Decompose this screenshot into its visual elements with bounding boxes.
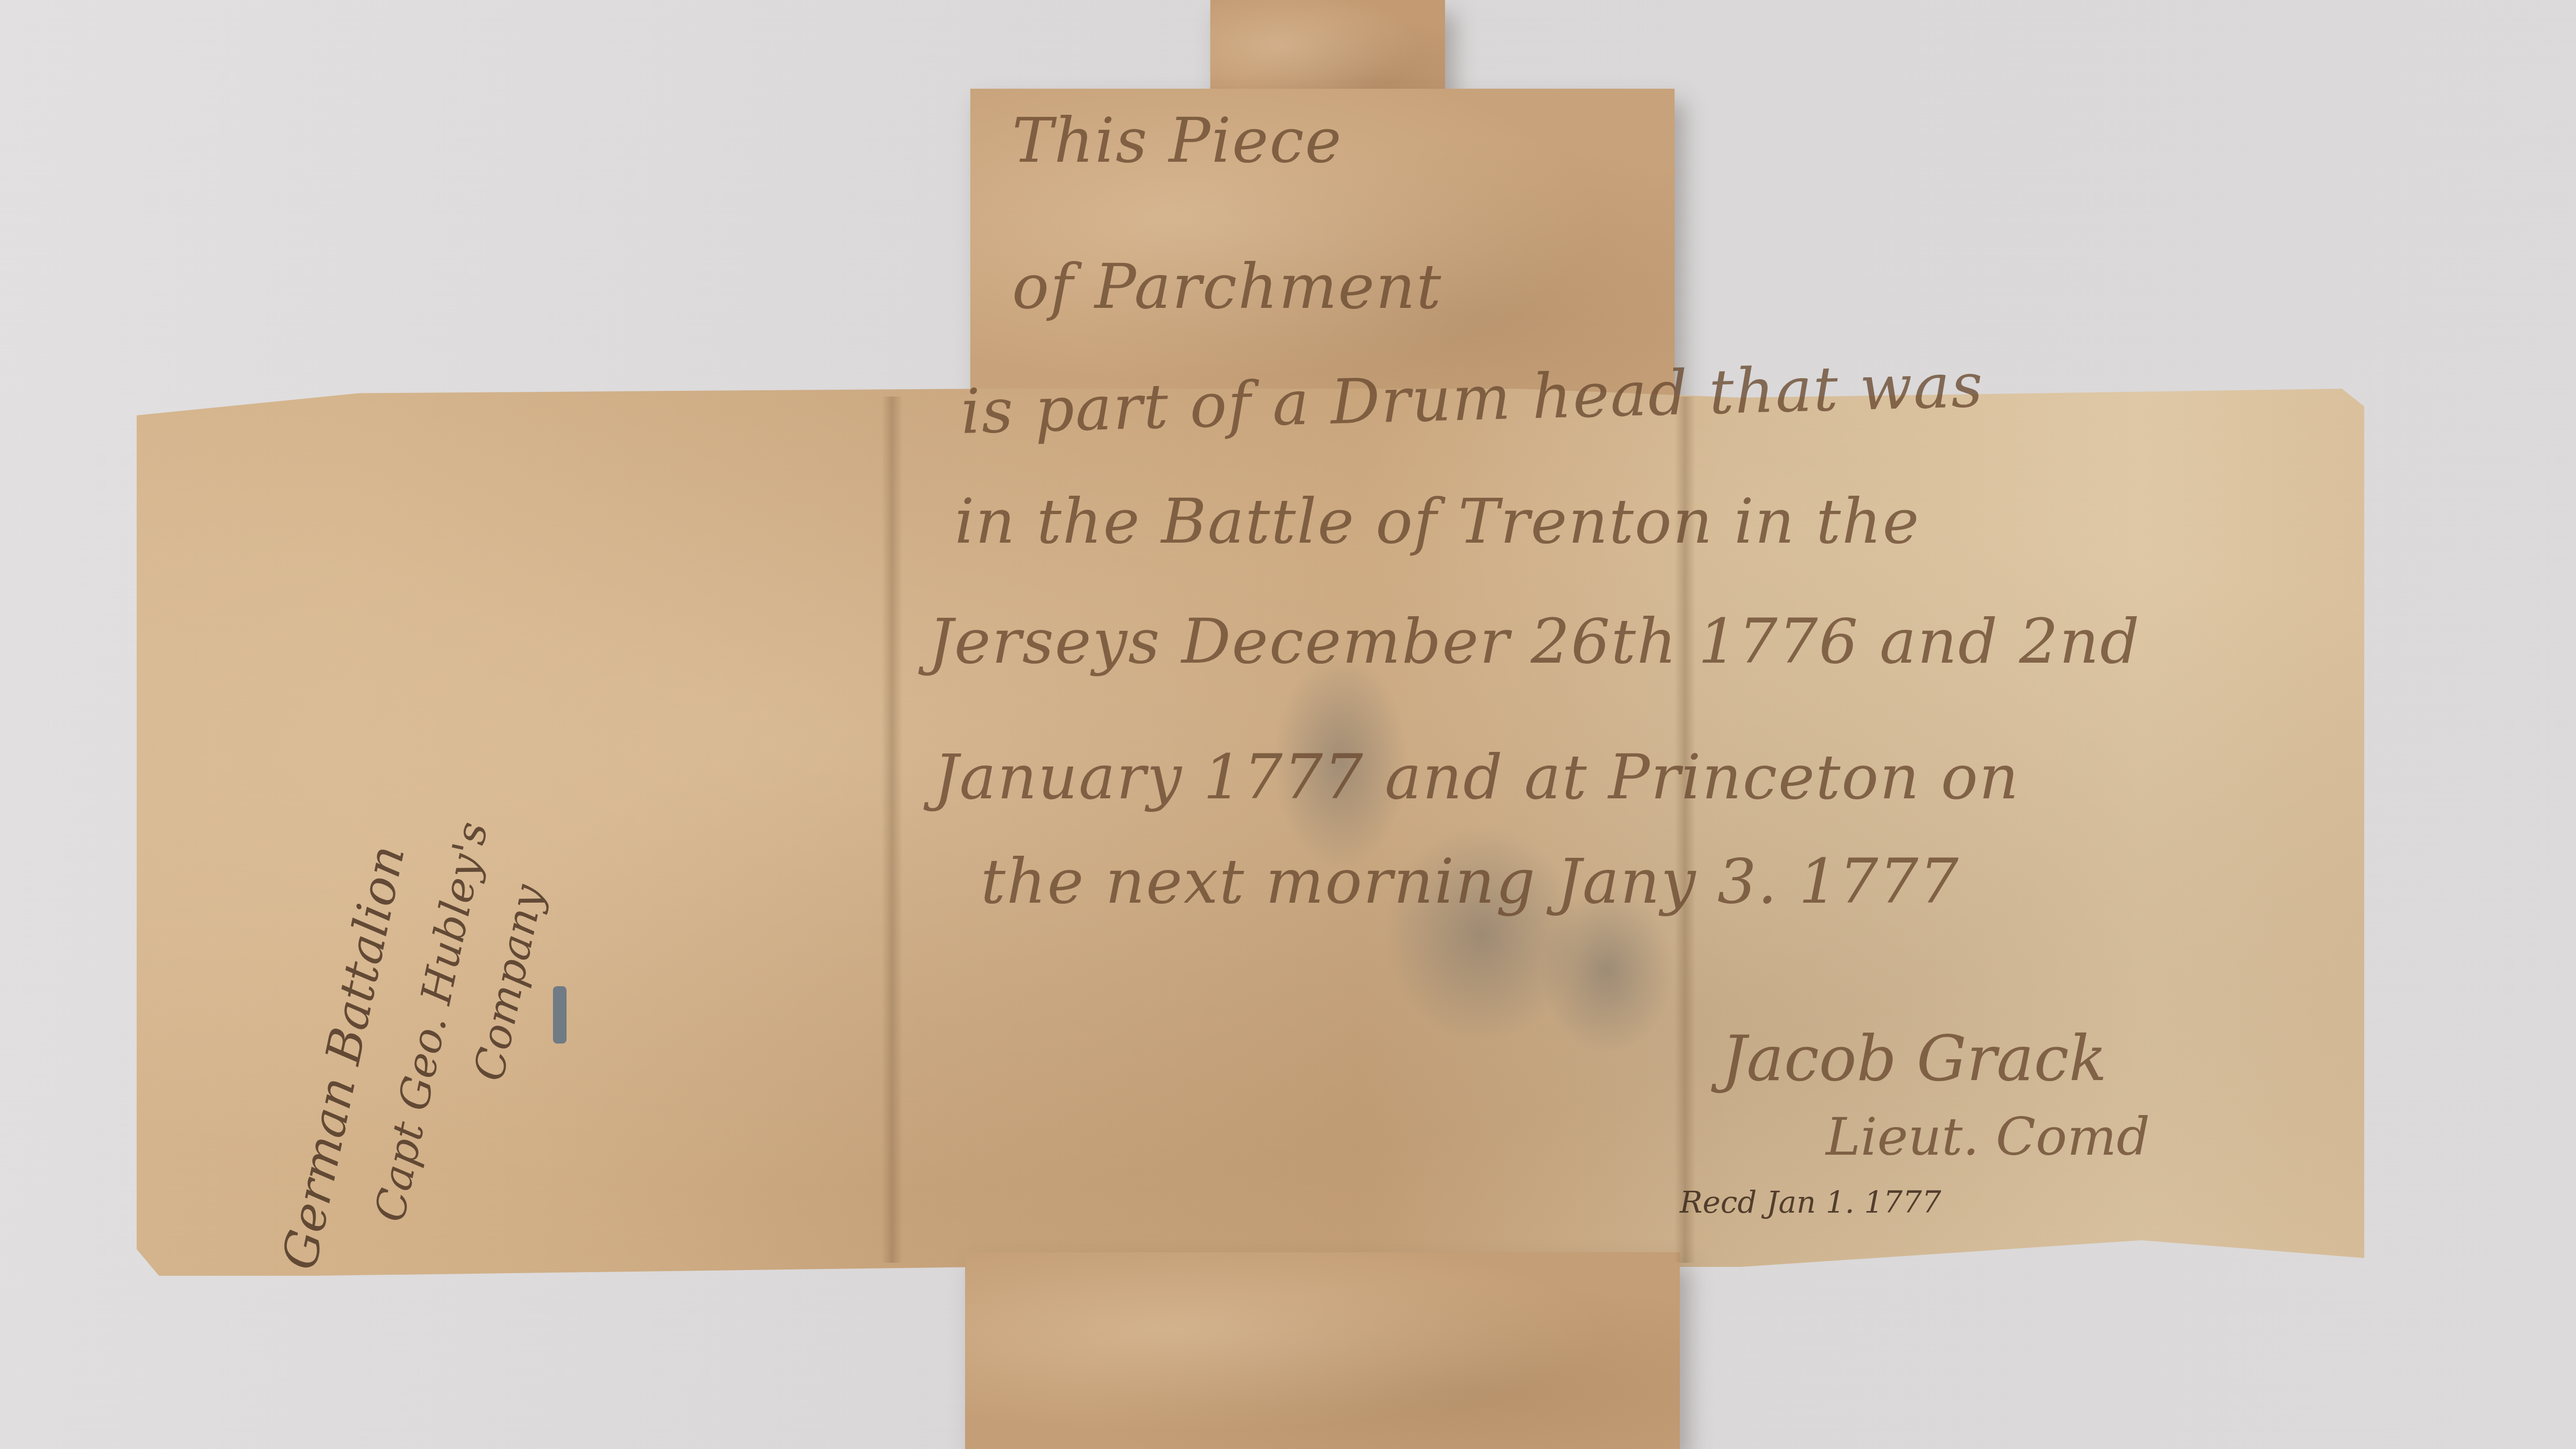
fold-crease-left [882, 397, 902, 1263]
inscription-line-1: This Piece [1012, 104, 1342, 176]
inscription-line-2: of Parchment [1012, 250, 1442, 322]
photo-stage: This Piece of Parchment is part of a Dru… [0, 0, 2576, 1449]
signature-name: Jacob Grack [1722, 1023, 2107, 1095]
signature-title: Lieut. Comd [1826, 1106, 2150, 1167]
inscription-line-6: January 1777 and at Princeton on [934, 741, 2020, 813]
parchment-lower-panel [965, 1252, 1680, 1449]
ink-blot [553, 986, 567, 1044]
date-note: Recd Jan 1. 1777 [1680, 1184, 1941, 1220]
inscription-line-7: the next morning Jany 3. 1777 [981, 845, 1959, 917]
inscription-line-4: in the Battle of Trenton in the [955, 485, 1920, 557]
inscription-line-5: Jerseys December 26th 1776 and 2nd [929, 605, 2140, 677]
